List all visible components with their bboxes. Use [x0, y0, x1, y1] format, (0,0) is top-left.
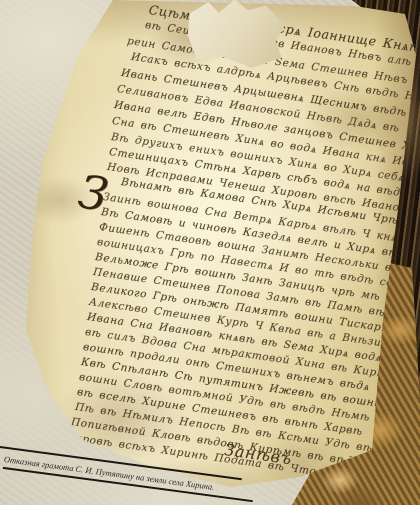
- manuscript-photo: Сцѣмнище Црѧ цсрѧ Іоаннище Кнѧѣ Петрѣвѣ …: [0, 0, 420, 505]
